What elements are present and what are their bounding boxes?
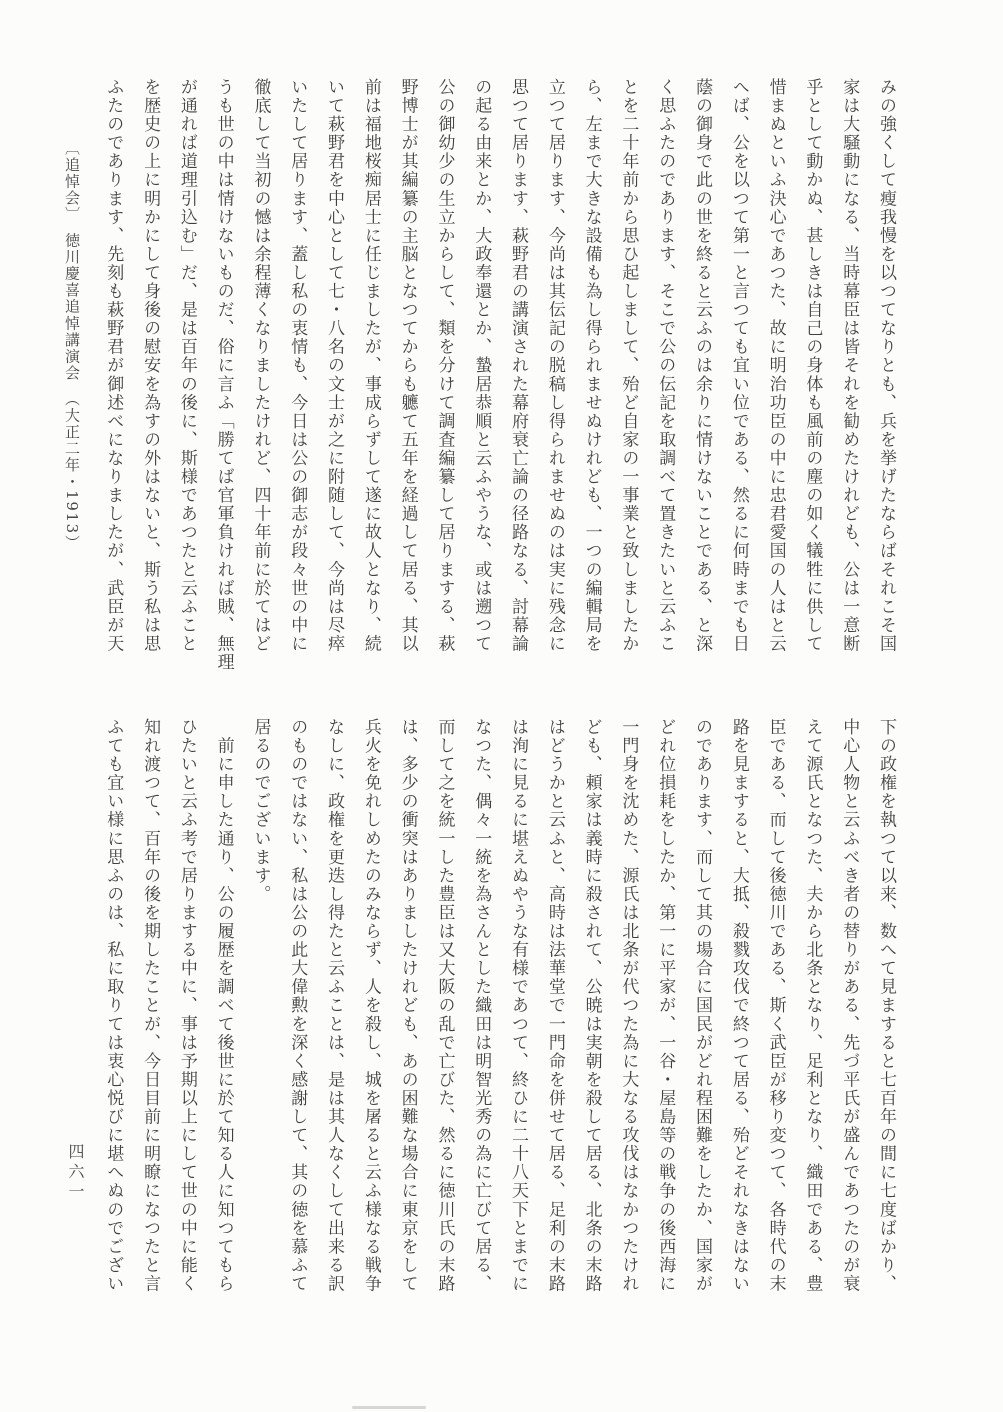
text-column: 乎として動かぬ、甚しきは自己の身体も風前の塵の如く犠牲に供して xyxy=(794,78,831,663)
text-column: いたして居ります、蓋し私の衷情も、今日は公の御志が段々世の中に xyxy=(278,78,315,663)
text-column: 蔭の御身で此の世を終ると云ふのは余りに情けないことである、と深 xyxy=(683,78,720,663)
text-column: 而して之を統一した豊臣は又大阪の乱で亡びた、然るに徳川氏の末路 xyxy=(426,718,463,1303)
bottom-text-block: 下の政権を執つて以来、数へて見ますると七百年の間に七度ばかり、中心人物と云ふべき… xyxy=(94,718,904,1303)
text-column: 前に申した通り、公の履歴を調べて後世に於て知る人に知つてもら xyxy=(205,718,242,1303)
text-column: は、多少の衝突はありましたけれども、あの困難な場合に東京をして xyxy=(389,718,426,1303)
text-column: 思つて居ります、萩野君の講演された幕府衰亡論の径路なる、討幕論 xyxy=(499,78,536,663)
text-column: いて萩野君を中心として七・八名の文士が之に附随して、今尚は尽瘁 xyxy=(315,78,352,663)
text-column: 中心人物と云ふべき者の替りがある、先づ平氏が盛んであつたのが衰 xyxy=(830,718,867,1303)
text-column: 居るのでございます。 xyxy=(242,718,279,1303)
text-column: く思ふたのであります、そこで公の伝記を取調べて置きたいと云ふこ xyxy=(646,78,683,663)
page-number: 四六一 xyxy=(64,1143,87,1203)
document-page: みの強くして瘦我慢を以つてなりとも、兵を挙げたならばそれこそ国家は大騒動になる、… xyxy=(0,0,1003,1412)
text-column: 知れ渡つて、百年の後を期したことが、今日目前に明瞭になつたと言 xyxy=(131,718,168,1303)
text-column: 前は福地桜痴居士に任じましたが、事成らずして遂に故人となり、続 xyxy=(352,78,389,663)
text-column: のであります、而して其の場合に国民がどれ程困難をしたか、国家が xyxy=(683,718,720,1303)
text-column: 臣である、而して後徳川である、斯く武臣が移り変つて、各時代の末 xyxy=(757,718,794,1303)
text-column: は洵に見るに堪えぬやうな有様であつて、終ひに二十八天下とまでに xyxy=(499,718,536,1303)
text-column: みの強くして瘦我慢を以つてなりとも、兵を挙げたならばそれこそ国 xyxy=(867,78,904,663)
text-column: ひたいと云ふ考で居りまする中に、事は予期以上にして世の中に能く xyxy=(168,718,205,1303)
text-column: えて源氏となつた、夫から北条となり、足利となり、織田である、豊 xyxy=(794,718,831,1303)
text-column: うも世の中は情けないものだ、俗に言ふ「勝てば官軍負ければ賊、無理 xyxy=(205,78,242,663)
text-column: なしに、政権を更迭し得たと云ふことは、是は其人なくして出来る訳 xyxy=(315,718,352,1303)
text-column: 立つて居ります、今尚は其伝記の脱稿し得られませぬのは実に残念に xyxy=(536,78,573,663)
text-column: へば、公を以つて第一と言つても宜い位である、然るに何時までも日 xyxy=(720,78,757,663)
text-column: どれ位損耗をしたか、第一に平家が、一谷・屋島等の戦争の後西海に xyxy=(646,718,683,1303)
text-column: 公の御幼少の生立からして、類を分けて調査編纂して居りまする、萩 xyxy=(426,78,463,663)
text-column: 路を見ますると、大抵、殺戮攻伐で終つて居る、殆どそれなきはない xyxy=(720,718,757,1303)
text-column: 下の政権を執つて以来、数へて見ますると七百年の間に七度ばかり、 xyxy=(867,718,904,1303)
text-column: ふたのであります、先刻も萩野君が御述べになりましたが、武臣が天 xyxy=(94,78,131,663)
text-column: ふても宜い様に思ふのは、私に取りては衷心悦びに堪へぬのでござい xyxy=(94,718,131,1303)
text-column: が通れば道理引込む」だ、是は百年の後に、斯様であつたと云ふこと xyxy=(168,78,205,663)
scan-edge-mark xyxy=(352,1406,426,1409)
text-column: の起る由来とか、大政奉還とか、蟄居恭順と云ふやうな、或は遡つて xyxy=(462,78,499,663)
section-heading: 〔追悼会〕 徳川慶喜追悼講演会 （大正二年・1913） xyxy=(62,140,83,551)
text-column: 兵火を免れしめたのみならず、人を殺し、城を屠ると云ふ様なる戦争 xyxy=(352,718,389,1303)
text-column: ども、頼家は義時に殺されて、公暁は実朝を殺して居る、北条の末路 xyxy=(573,718,610,1303)
text-column: 徹底して当初の憾は余程薄くなりましたけれど、四十年前に於てはど xyxy=(242,78,279,663)
text-column: とを二十年前から思ひ起しまして、殆ど自家の一事業と致しましたか xyxy=(610,78,647,663)
text-column: はどうかと云ふと、高時は法華堂で一門命を併せて居る、足利の末路 xyxy=(536,718,573,1303)
text-column: を歴史の上に明かにして身後の慰安を為すの外はないと、斯う私は思 xyxy=(131,78,168,663)
text-column: 野博士が其編纂の主脳となつてからも軈て五年を経過して居る、其以 xyxy=(389,78,426,663)
text-column: 惜まぬといふ決心であつた、故に明治功臣の中に忠君愛国の人はと云 xyxy=(757,78,794,663)
text-column: のものではない、私は公の此大偉勲を深く感謝して、其の徳を慕ふて xyxy=(278,718,315,1303)
text-column: 一門身を沈めた、源氏は北条が代つた為に大なる攻伐はなかつたけれ xyxy=(610,718,647,1303)
text-column: ら、左まで大きな設備も為し得られませぬけれども、一つの編輯局を xyxy=(573,78,610,663)
text-column: なつた、偶々一統を為さんとした織田は明智光秀の為に亡びて居る、 xyxy=(462,718,499,1303)
top-text-block: みの強くして瘦我慢を以つてなりとも、兵を挙げたならばそれこそ国家は大騒動になる、… xyxy=(94,78,904,663)
text-column: 家は大騒動になる、当時幕臣は皆それを勧めたけれども、公は一意断 xyxy=(830,78,867,663)
